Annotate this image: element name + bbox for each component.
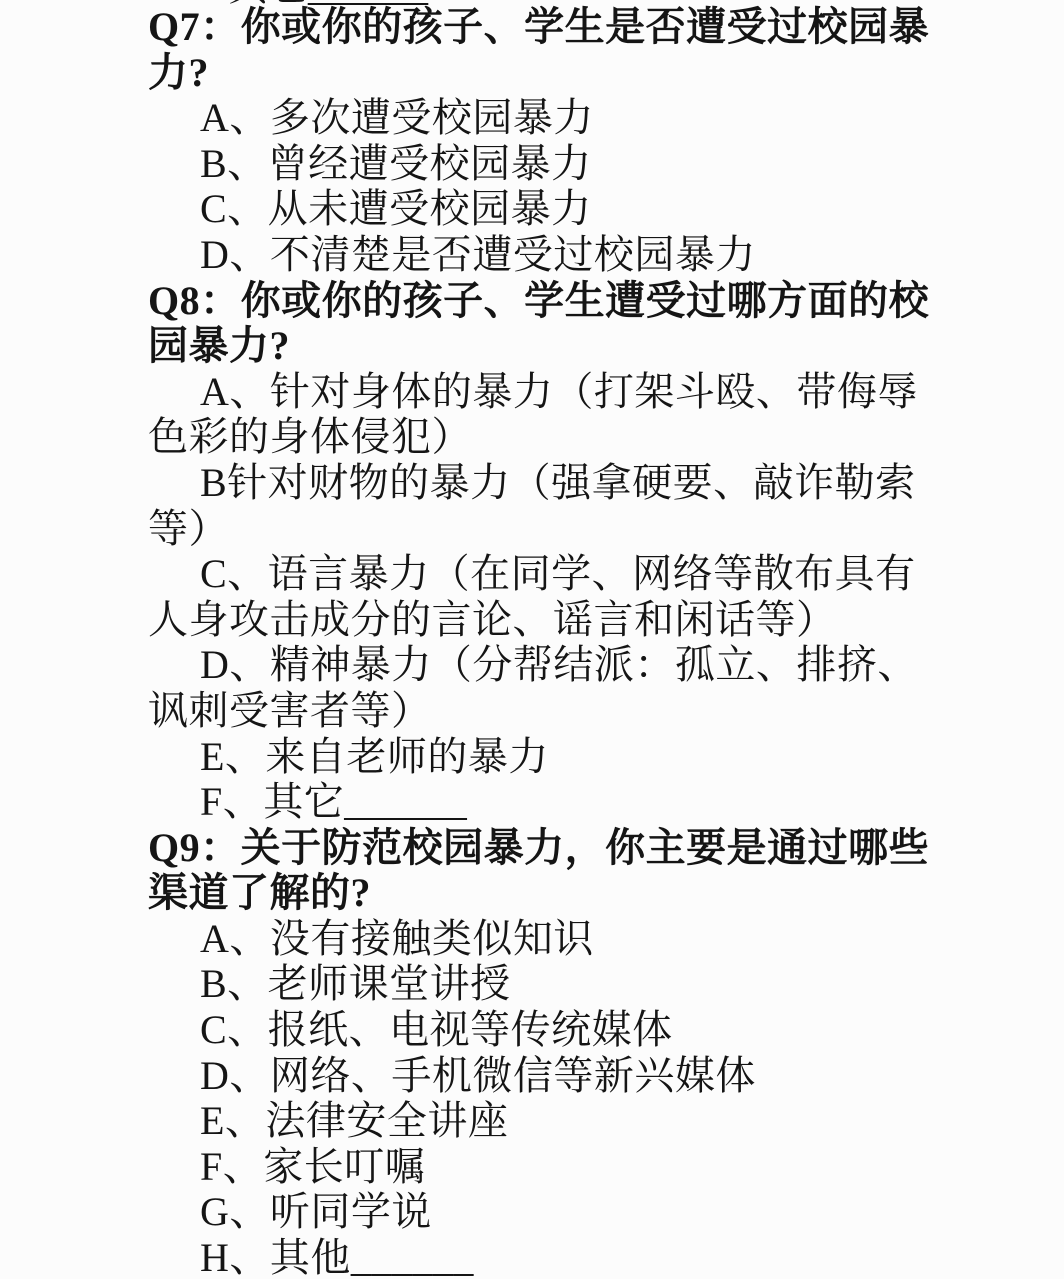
question-q9-title: Q9：关于防范校园暴力，你主要是通过哪些渠道了解的?: [148, 825, 938, 916]
cropped-previous-line-text: 其它______: [228, 0, 668, 9]
question-q9-option-c: C、报纸、电视等传统媒体: [148, 1007, 938, 1053]
question-q7-option-a: A、多次遭受校园暴力: [148, 95, 938, 141]
questionnaire-page: 其它______ Q7：你或你的孩子、学生是否遭受过校园暴力? A、多次遭受校园…: [0, 0, 1064, 1279]
question-q8-option-e: E、来自老师的暴力: [148, 734, 938, 780]
question-list: Q7：你或你的孩子、学生是否遭受过校园暴力? A、多次遭受校园暴力 B、曾经遭受…: [0, 0, 938, 1279]
question-q9-option-b: B、老师课堂讲授: [148, 961, 938, 1007]
cropped-previous-line: 其它______: [228, 0, 668, 9]
question-q7-option-b: B、曾经遭受校园暴力: [148, 141, 938, 187]
question-q8-option-b: B针对财物的暴力（强拿硬要、敲诈勒索等）: [148, 460, 938, 551]
question-q9-option-f: F、家长叮嘱: [148, 1144, 938, 1190]
question-q9-option-d: D、网络、手机微信等新兴媒体: [148, 1053, 938, 1099]
question-q9-option-e: E、法律安全讲座: [148, 1098, 938, 1144]
question-q8-option-c: C、语言暴力（在同学、网络等散布具有人身攻击成分的言论、谣言和闲话等）: [148, 551, 938, 642]
question-q9-option-g: G、听同学说: [148, 1189, 938, 1235]
question-q8-option-d: D、精神暴力（分帮结派：孤立、排挤、讽刺受害者等）: [148, 642, 938, 733]
question-q8-option-a: A、针对身体的暴力（打架斗殴、带侮辱色彩的身体侵犯）: [148, 369, 938, 460]
question-q8-option-f: F、其它______: [148, 779, 938, 825]
question-q8-title: Q8：你或你的孩子、学生遭受过哪方面的校园暴力?: [148, 278, 938, 369]
question-q7-option-c: C、从未遭受校园暴力: [148, 186, 938, 232]
question-q9-option-h: H、其他______: [148, 1235, 938, 1279]
question-q7-title: Q7：你或你的孩子、学生是否遭受过校园暴力?: [148, 4, 938, 95]
question-q9-option-a: A、没有接触类似知识: [148, 916, 938, 962]
question-q7-option-d: D、不清楚是否遭受过校园暴力: [148, 232, 938, 278]
